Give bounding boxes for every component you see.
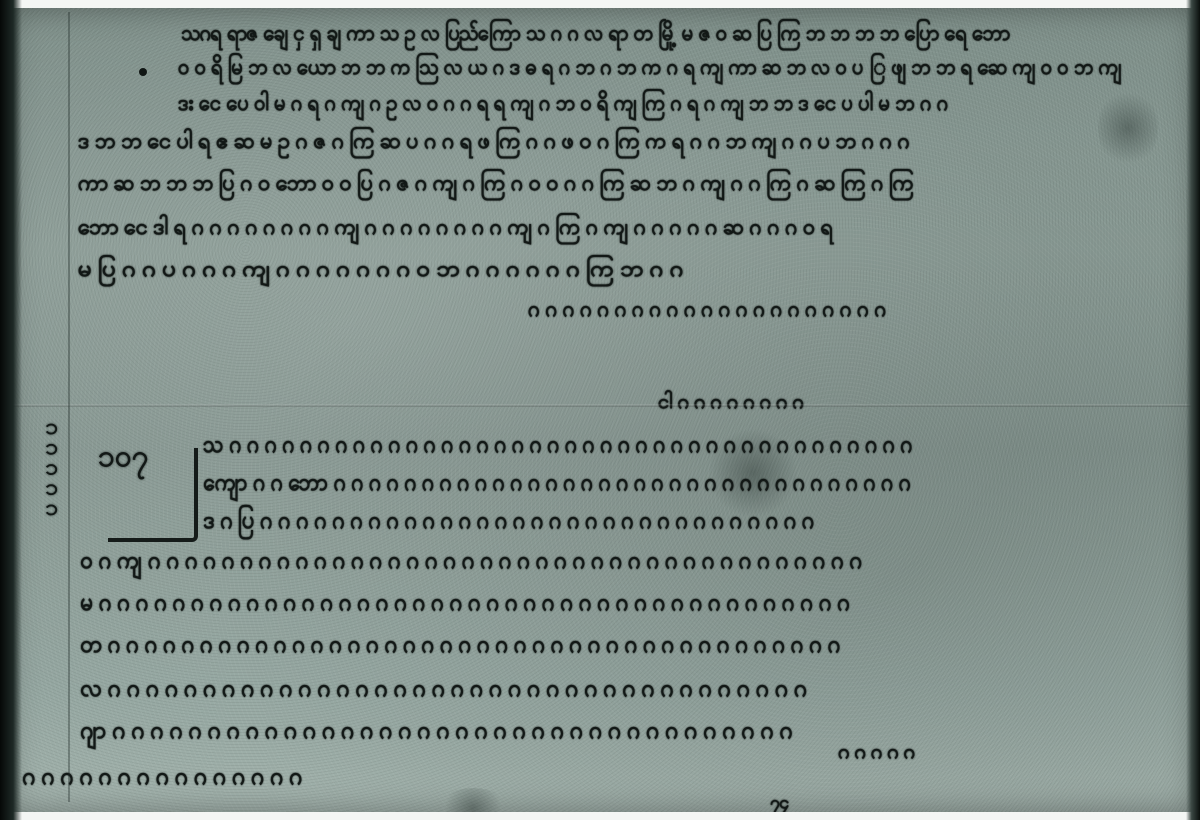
upper-line-3: ဒး ငေ ပေ ဝါ မ ဂ ရ ဂ ကျ ဂ ဥ လ ဝ ဂ ဂ ရ ရ က… [178,88,947,121]
ink-stain [1098,88,1158,168]
lower-line-1: သ ဂ ဂ ဂ ဂ ဂ ဂ ဂ ဂ ဂ ဂ ဂ ဂ ဂ ဂ ဂ ဂ ဂ ဂ ဂ … [203,428,911,464]
upper-line-1: သဂရ ရာဇ ချေ ငှ ရှ ချ ကာ သ ဥ လ ပြည်ကြော သ… [181,18,1009,51]
lower-line-4: ဝ ဂ ကျ ဂ ဂ ဂ ဂ ဂ ဂ ဂ ဂ ဂ ဂ ဂ ဂ ဂ ဂ ဂ ဂ ဂ… [80,544,861,580]
upper-line-8: ဂ ဂ ဂ ဂ ဂ ဂ ဂ ဂ ဂ ဂ ဂ ဂ ဂ ဂ ဂ ဂ ဂ ဂ ဂ ဂ … [528,294,885,327]
manuscript-sheet: သဂရ ရာဇ ချေ ငှ ရှ ချ ကာ သ ဥ လ ပြည်ကြော သ… [8,8,1196,812]
ink-dot [139,68,147,76]
right-edge-shadow [1186,0,1200,820]
margin-rule [68,12,70,802]
page-mark: ၇၄ [770,790,788,812]
upper-line-7: မ ပြ ဂ ဂ ပ ဂ ဂ ဂ ကျ ဂ ဂ ဂ ဂ ဂ ဂ ဂ ဝ ဘ ဂ … [78,254,682,287]
signature: ဂ ဂ ဂ ဂ ဂ [838,738,914,768]
lower-line-2: ကျော ဂ ဂ ဘော ဂ ဂ ဂ ဂ ဂ ဂ ဂ ဂ ဂ ဂ ဂ ဂ ဂ ဂ… [203,466,910,502]
upper-line-5: ကာ ဆ ဘ ဘ ဘ ပြ ဂ ဝ ဘော ဝ ဝ ပြ ဂ ဇ ဂ ကျ ဂ … [78,168,913,201]
paper-fold [8,404,1196,407]
lower-line-6: တ ဂ ဂ ဂ ဂ ဂ ဂ ဂ ဂ ဂ ဂ ဂ ဂ ဂ ဂ ဂ ဂ ဂ ဂ ဂ … [80,628,839,664]
section-bracket [108,448,198,542]
lower-line-8: ဂျာ ဂ ဂ ဂ ဂ ဂ ဂ ဂ ဂ ဂ ဂ ဂ ဂ ဂ ဂ ဂ ဂ ဂ ဂ … [80,714,791,750]
lower-heading: ငါ ဂ ဂ ဂ ဂ ဂ ဂ ဂ ဂ [658,388,803,418]
upper-line-4: ဒ ဘ ဘ ငေ ပါ ရ ဧ ဆ မ ဥ ဂ ဇ ဂ ကြ ဆ ပ ဂ ဂ ရ… [78,126,909,159]
photo-frame: သဂရ ရာဇ ချေ ငှ ရှ ချ ကာ သ ဥ လ ပြည်ကြော သ… [0,0,1200,820]
lower-line-7: လ ဂ ဂ ဂ ဂ ဂ ဂ ဂ ဂ ဂ ဂ ဂ ဂ ဂ ဂ ဂ ဂ ဂ ဂ ဂ … [80,672,806,708]
ink-stain [438,788,508,812]
lower-line-9: ဂ ဂ ဂ ဂ ဂ ဂ ဂ ဂ ဂ ဂ ဂ ဂ ဂ ဂ ဂ [22,760,301,796]
margin-note: ဂ ဂ ဂ ဂ ဂ [30,423,70,563]
lower-line-3: ဒ ဂ ပြ ဂ ဂ ဂ ဂ ဂ ဂ ဂ ဂ ဂ ဂ ဂ ဂ ဂ ဂ ဂ ဂ ဂ… [203,504,813,540]
lower-line-5: မ ဂ ဂ ဂ ဂ ဂ ဂ ဂ ဂ ဂ ဂ ဂ ဂ ဂ ဂ ဂ ဂ ဂ ဂ ဂ … [80,586,849,622]
upper-line-6: ဘော ငေ ဒါ ရ ဂ ဂ ဂ ဂ ဂ ဂ ဂ ဂ ကျ ဂ ဂ ဂ ဂ ဂ… [78,212,832,245]
left-edge-shadow [0,0,22,820]
upper-line-2: ဝ ဝ ရိ မြ ဘ လ ယော ဘ ဘ က ဩ လ ယ ဂ ဒ ဓ ရ ဂ … [178,52,1121,85]
